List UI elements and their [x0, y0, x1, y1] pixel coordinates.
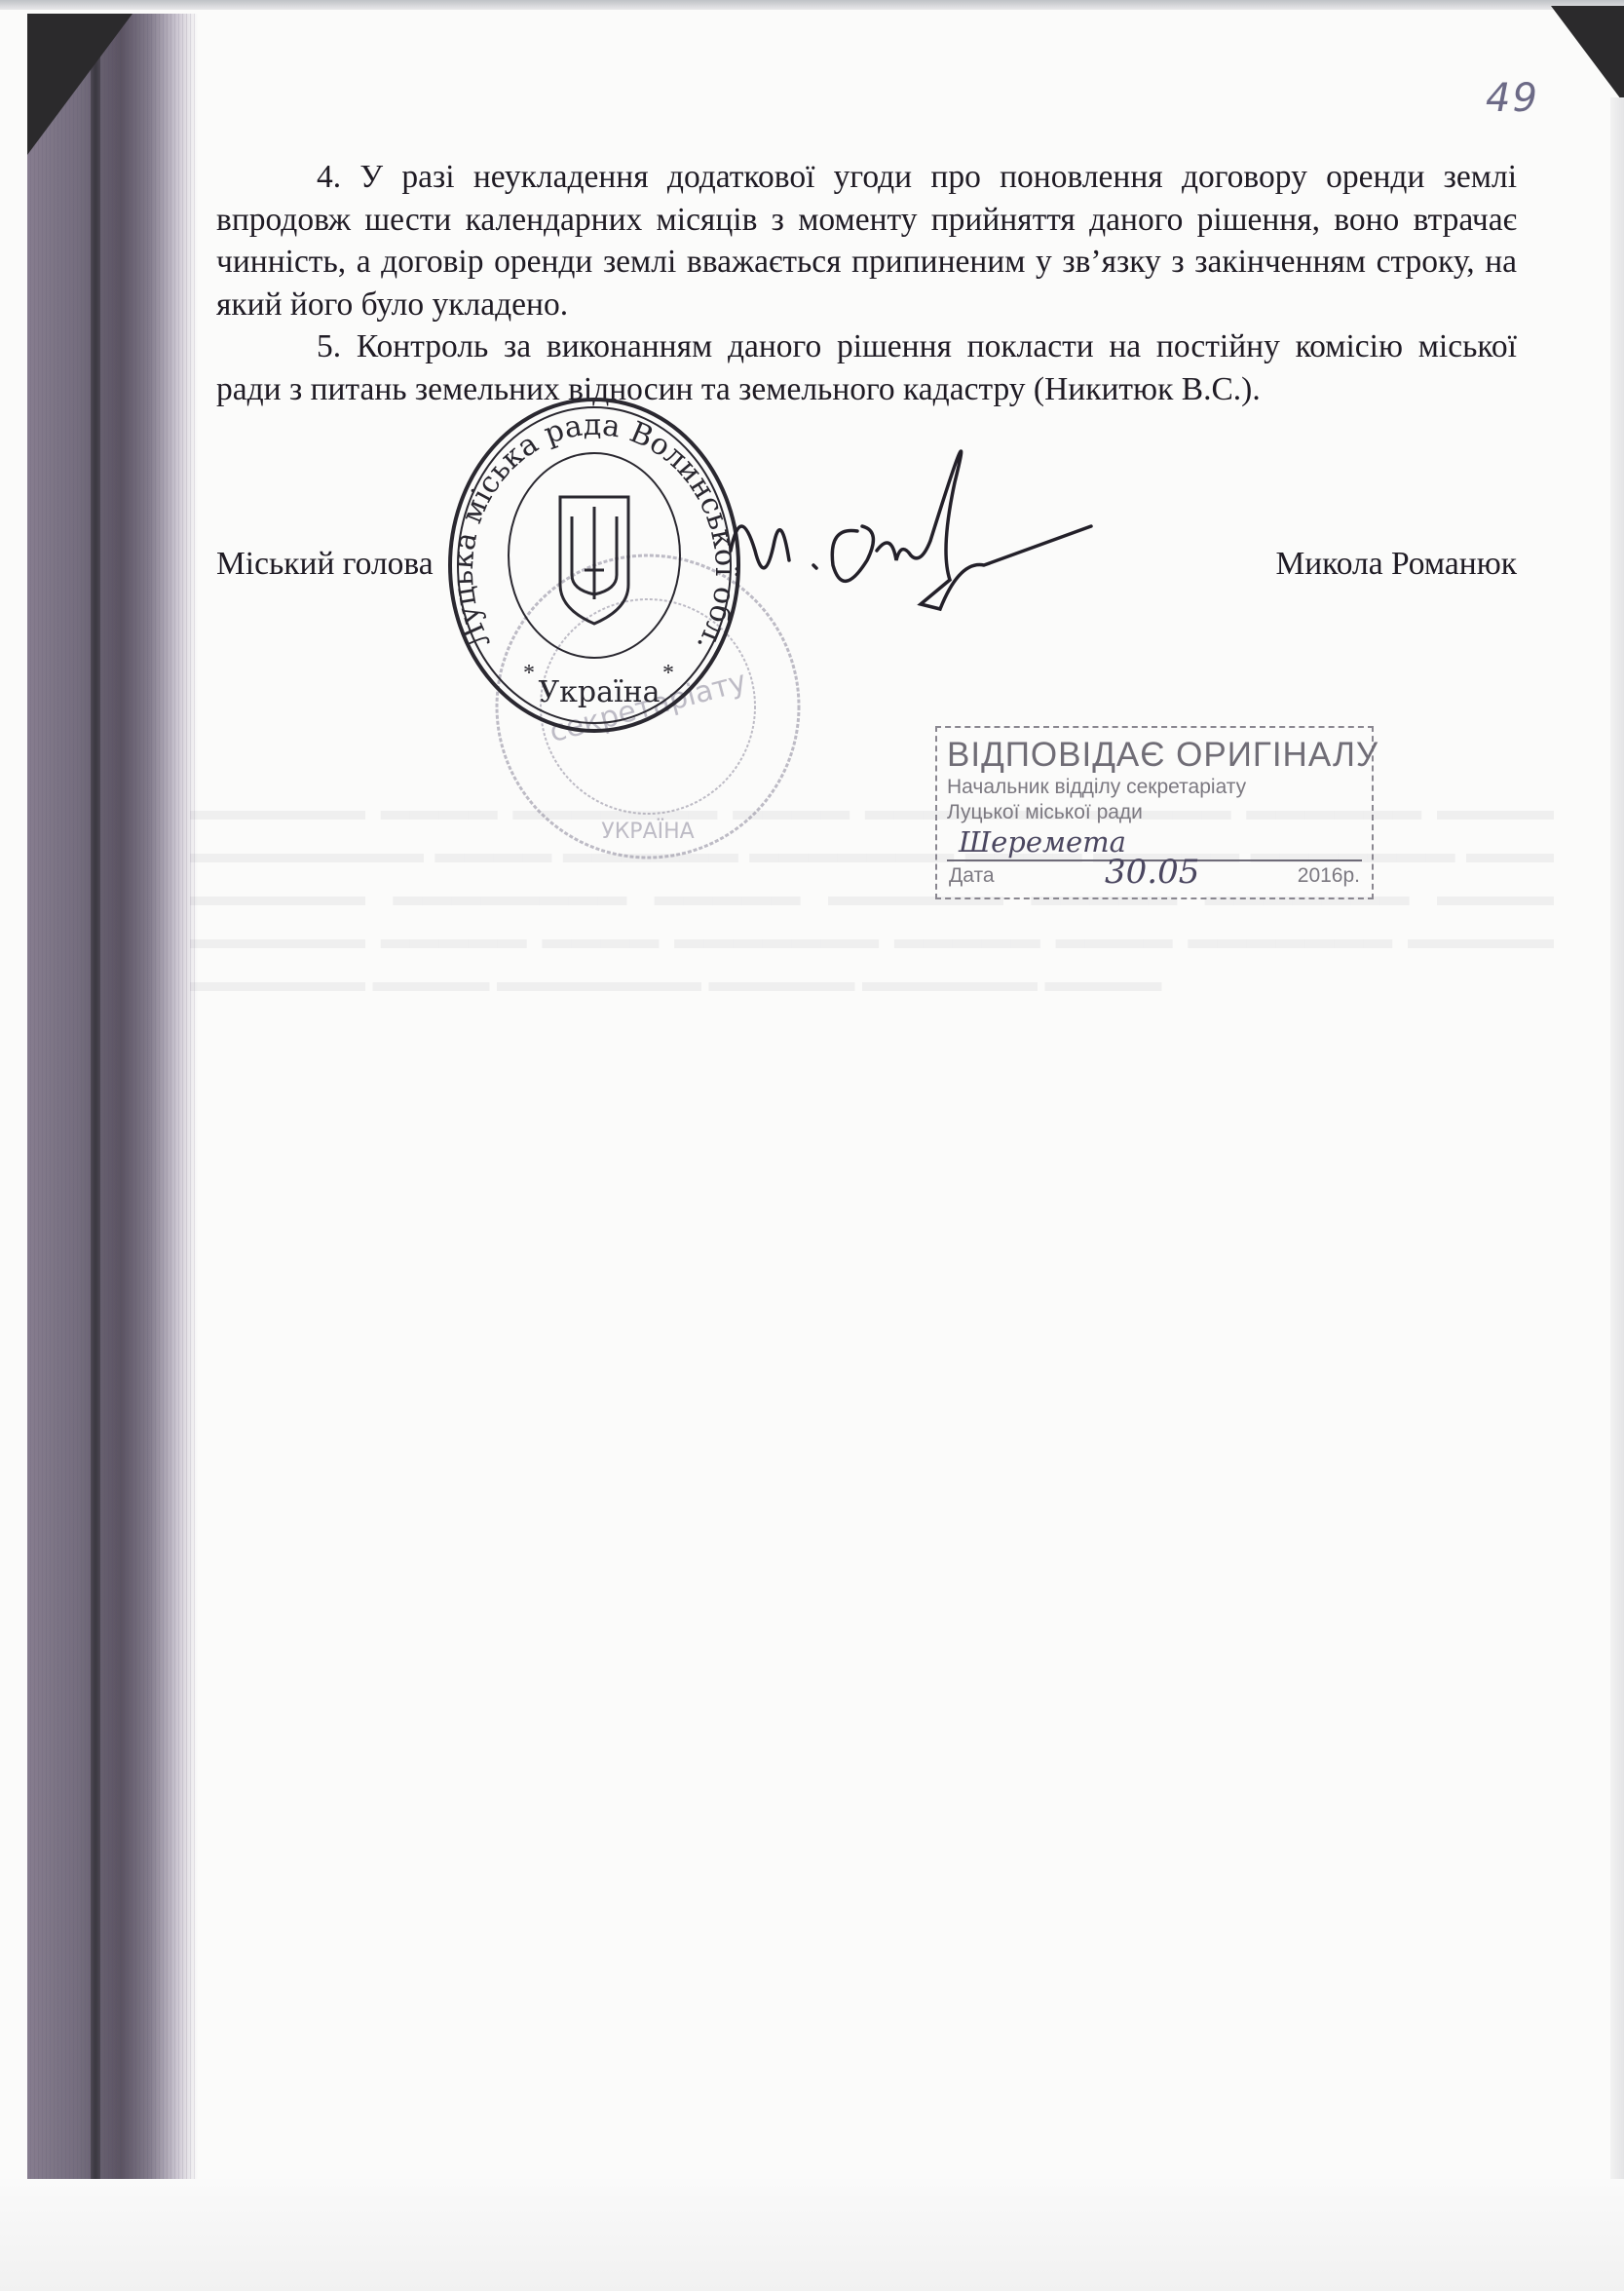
scan-right-edge [1610, 97, 1624, 2291]
stamp-signer-handwritten: Шеремета [959, 825, 1126, 859]
paragraph-4: 4. У разі неукладення додаткової угоди п… [216, 156, 1517, 325]
signature-row: Міський голова Микола Романюк [216, 546, 1517, 594]
signer-name: Микола Романюк [1275, 546, 1517, 583]
svg-text:*: * [662, 661, 674, 686]
scan-left-shadow [27, 14, 198, 2179]
svg-text:*: * [523, 661, 535, 686]
certification-stamp: ВІДПОВІДАЄ ОРИГІНАЛУ Начальник відділу с… [935, 726, 1374, 899]
scan-bottom-edge [0, 2179, 1624, 2291]
scan-corner-top-left [27, 14, 132, 155]
stamp-line-2: Луцької міської ради [947, 800, 1362, 825]
secondary-seal-bottom-text: УКРАЇНА [601, 819, 694, 844]
signer-title: Міський голова [216, 546, 434, 583]
handwritten-page-number: 49 [1486, 76, 1539, 121]
stamp-year: 2016р. [1298, 864, 1360, 888]
paragraph-5: 5. Контроль за виконанням даного рішення… [216, 325, 1517, 410]
stamp-date-label: Дата [949, 864, 995, 888]
stamp-title: ВІДПОВІДАЄ ОРИГІНАЛУ [947, 736, 1362, 775]
document-page: 49 4. У разі неукладення додаткової угод… [0, 0, 1624, 2291]
scan-top-edge [0, 0, 1624, 10]
decision-text: 4. У разі неукладення додаткової угоди п… [216, 156, 1517, 410]
scan-corner-top-right [1551, 6, 1624, 103]
mayor-signature [721, 443, 1130, 638]
bleed-through-text: ▬▬▬▬▬▬ ▬▬▬▬ ▬▬▬▬▬▬▬ ▬▬▬▬ ▬▬▬▬▬▬▬ ▬▬▬▬▬ ▬… [190, 789, 1554, 2134]
stamp-line-1: Начальник відділу секретаріату [947, 775, 1362, 800]
stamp-date-value: 30.05 [1105, 853, 1199, 892]
seal-bottom-text: Україна [539, 675, 661, 709]
